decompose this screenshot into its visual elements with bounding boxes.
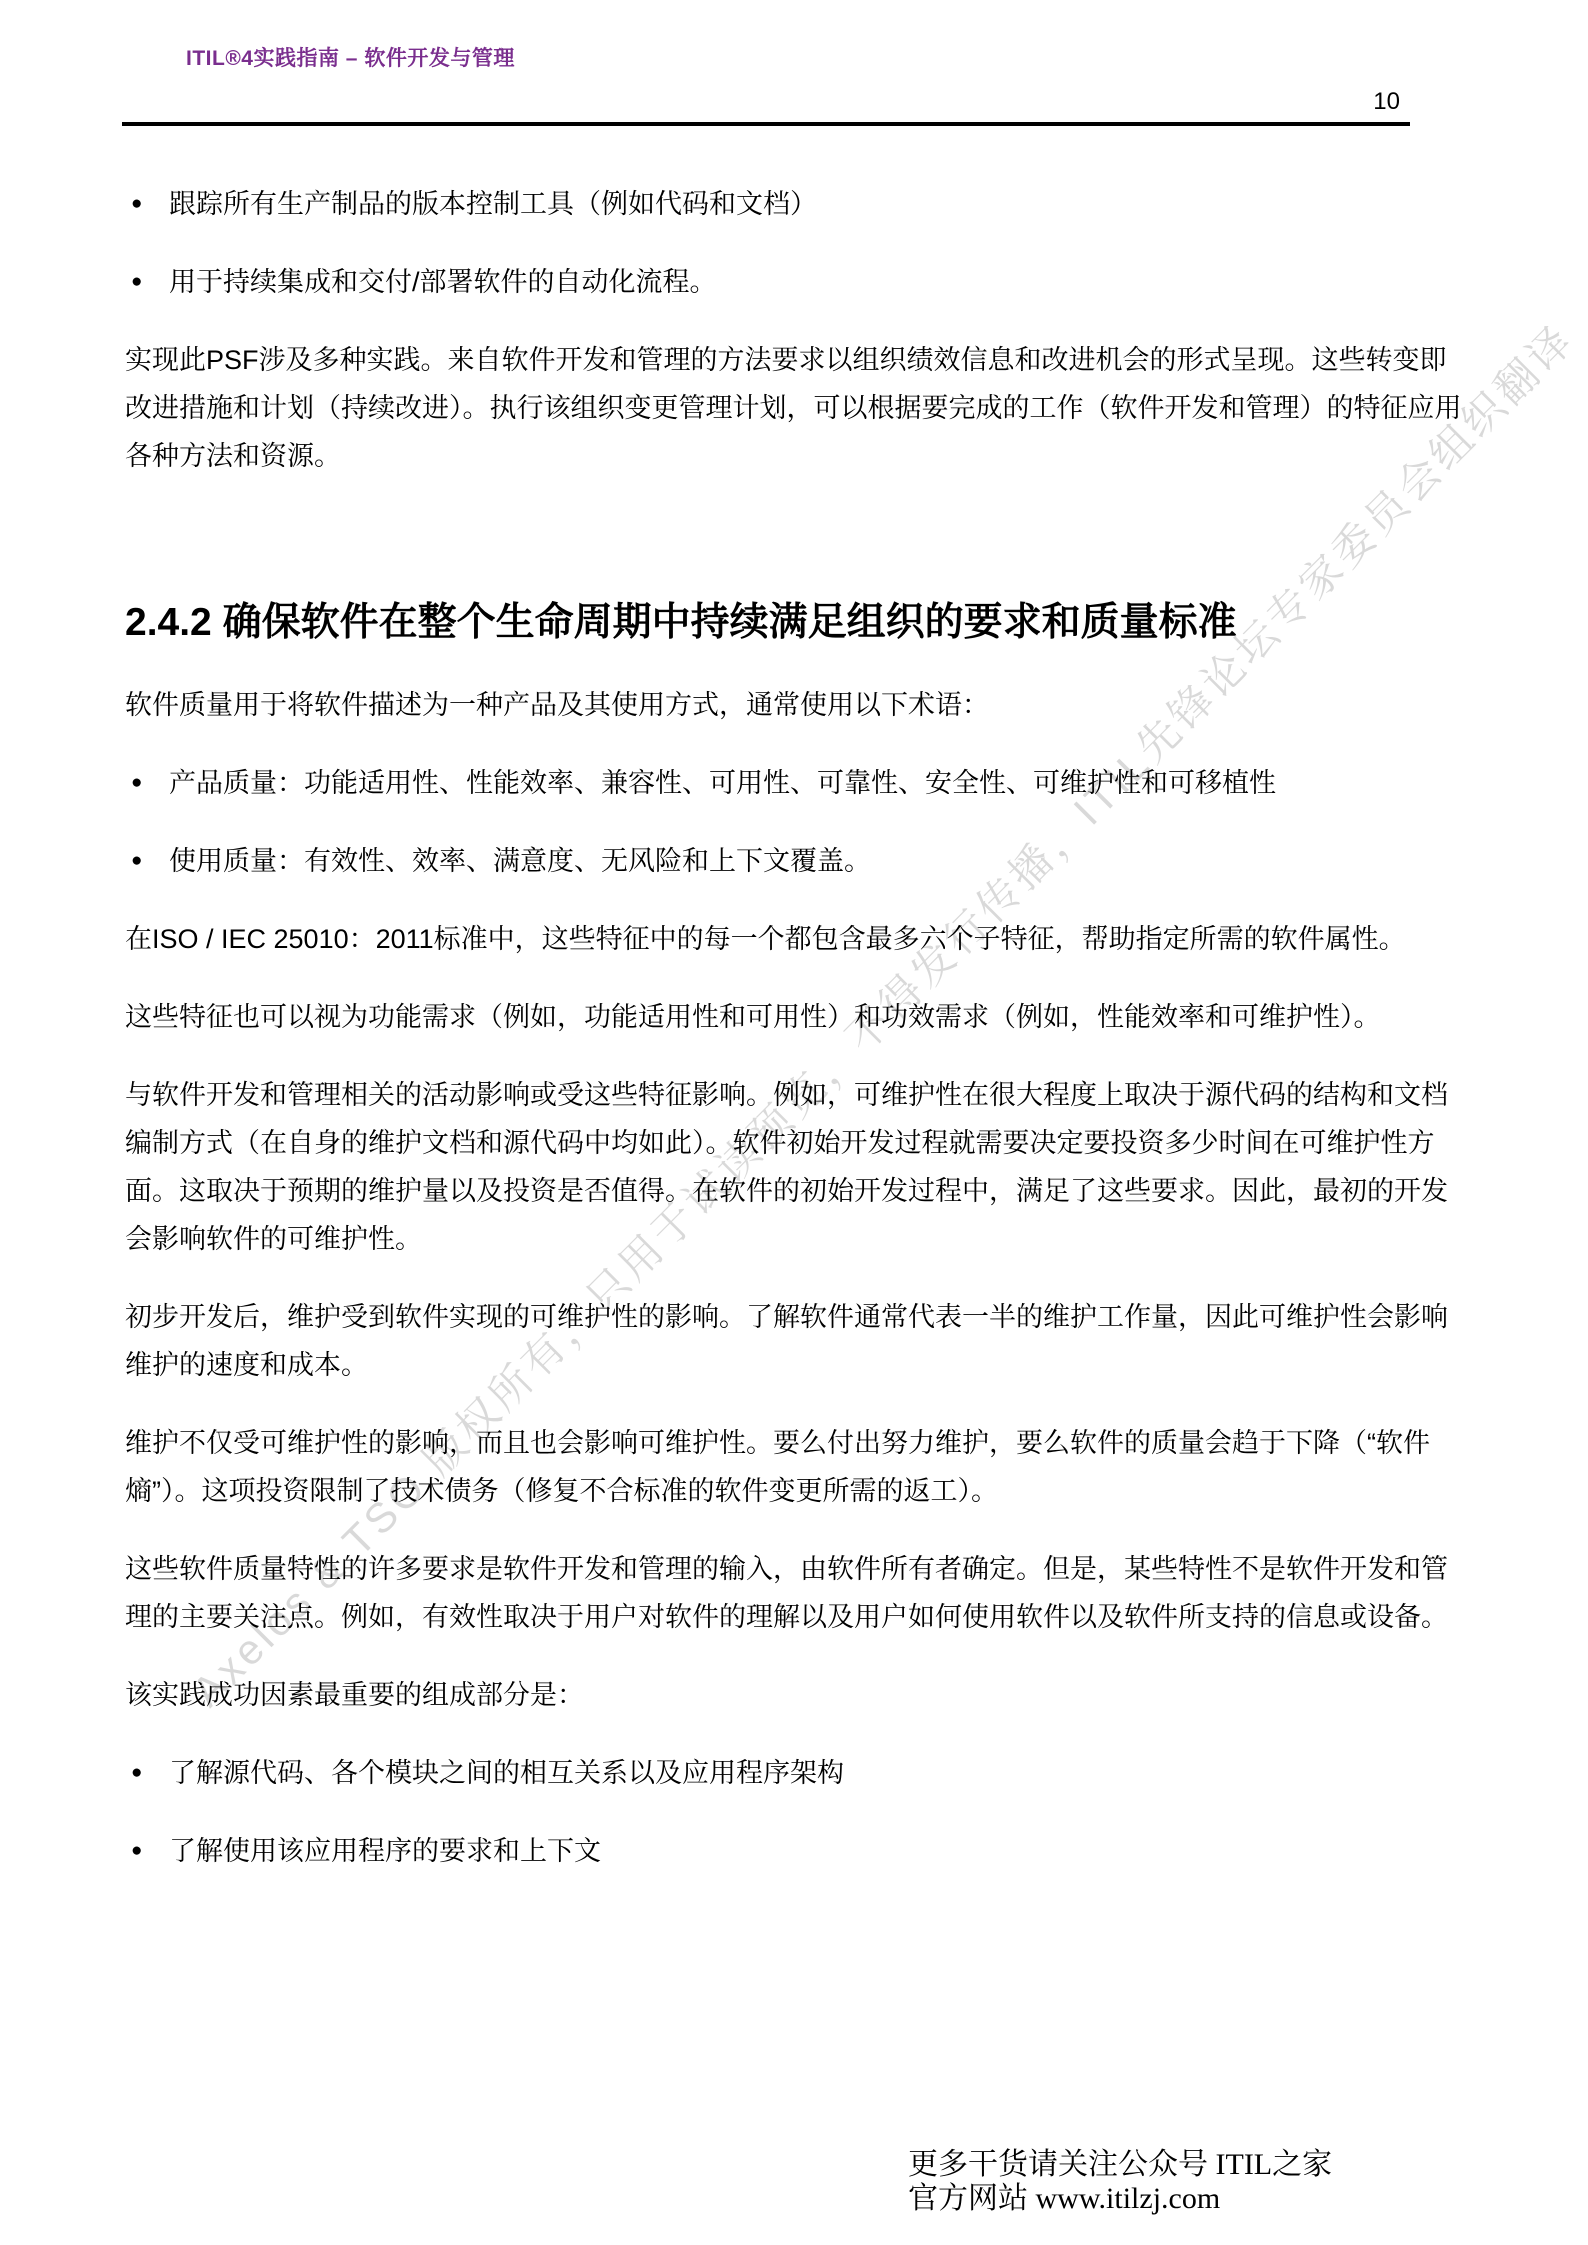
- paragraph-quality-intro: 软件质量用于将软件描述为一种产品及其使用方式，通常使用以下术语：: [125, 681, 1462, 729]
- list-item-text: 跟踪所有生产制品的版本控制工具（例如代码和文档）: [169, 180, 1462, 228]
- paragraph-maintainability: 与软件开发和管理相关的活动影响或受这些特征影响。例如，可维护性在很大程度上取决于…: [125, 1071, 1462, 1263]
- page-number: 10: [1373, 88, 1400, 116]
- footer-line-2: 官方网站 www.itilzj.com: [908, 2182, 1332, 2216]
- footer-line-1: 更多干货请关注公众号 ITIL之家: [908, 2148, 1332, 2182]
- list-item: ● 了解使用该应用程序的要求和上下文: [125, 1827, 1462, 1875]
- list-item: ● 用于持续集成和交付/部署软件的自动化流程。: [125, 258, 1462, 306]
- page-footer: 更多干货请关注公众号 ITIL之家 官方网站 www.itilzj.com: [908, 2148, 1332, 2216]
- bullet-icon: ●: [125, 258, 169, 306]
- section-heading: 2.4.2 确保软件在整个生命周期中持续满足组织的要求和质量标准: [125, 595, 1462, 651]
- bullet-icon: ●: [125, 1749, 169, 1797]
- document-body: ● 跟踪所有生产制品的版本控制工具（例如代码和文档） ● 用于持续集成和交付/部…: [125, 180, 1462, 1905]
- bullet-icon: ●: [125, 837, 169, 885]
- bullet-icon: ●: [125, 180, 169, 228]
- page-header-title: ITIL®4实践指南 – 软件开发与管理: [186, 42, 515, 72]
- paragraph-requirements: 这些特征也可以视为功能需求（例如，功能适用性和可用性）和功效需求（例如，性能效率…: [125, 993, 1462, 1041]
- header-divider: [122, 122, 1410, 126]
- bullet-icon: ●: [125, 1827, 169, 1875]
- paragraph-initial-dev: 初步开发后，维护受到软件实现的可维护性的影响。了解软件通常代表一半的维护工作量，…: [125, 1293, 1462, 1389]
- document-page: Axelos & TSO 版权所有，只用于试读预览，不得发行传播，ITIL先锋论…: [0, 0, 1588, 2245]
- paragraph-owner: 这些软件质量特性的许多要求是软件开发和管理的输入，由软件所有者确定。但是，某些特…: [125, 1545, 1462, 1641]
- bullet-icon: ●: [125, 759, 169, 807]
- list-item-text: 使用质量：有效性、效率、满意度、无风险和上下文覆盖。: [169, 837, 1462, 885]
- paragraph-iso: 在ISO / IEC 25010：2011标准中，这些特征中的每一个都包含最多六…: [125, 915, 1462, 963]
- list-item-text: 了解源代码、各个模块之间的相互关系以及应用程序架构: [169, 1749, 1462, 1797]
- paragraph-psf: 实现此PSF涉及多种实践。来自软件开发和管理的方法要求以组织绩效信息和改进机会的…: [125, 336, 1462, 480]
- list-item: ● 跟踪所有生产制品的版本控制工具（例如代码和文档）: [125, 180, 1462, 228]
- list-item-text: 了解使用该应用程序的要求和上下文: [169, 1827, 1462, 1875]
- paragraph-entropy: 维护不仅受可维护性的影响，而且也会影响可维护性。要么付出努力维护，要么软件的质量…: [125, 1419, 1462, 1515]
- list-item: ● 使用质量：有效性、效率、满意度、无风险和上下文覆盖。: [125, 837, 1462, 885]
- paragraph-components-intro: 该实践成功因素最重要的组成部分是：: [125, 1671, 1462, 1719]
- list-item-text: 用于持续集成和交付/部署软件的自动化流程。: [169, 258, 1462, 306]
- list-item-text: 产品质量：功能适用性、性能效率、兼容性、可用性、可靠性、安全性、可维护性和可移植…: [169, 759, 1462, 807]
- list-item: ● 产品质量：功能适用性、性能效率、兼容性、可用性、可靠性、安全性、可维护性和可…: [125, 759, 1462, 807]
- list-item: ● 了解源代码、各个模块之间的相互关系以及应用程序架构: [125, 1749, 1462, 1797]
